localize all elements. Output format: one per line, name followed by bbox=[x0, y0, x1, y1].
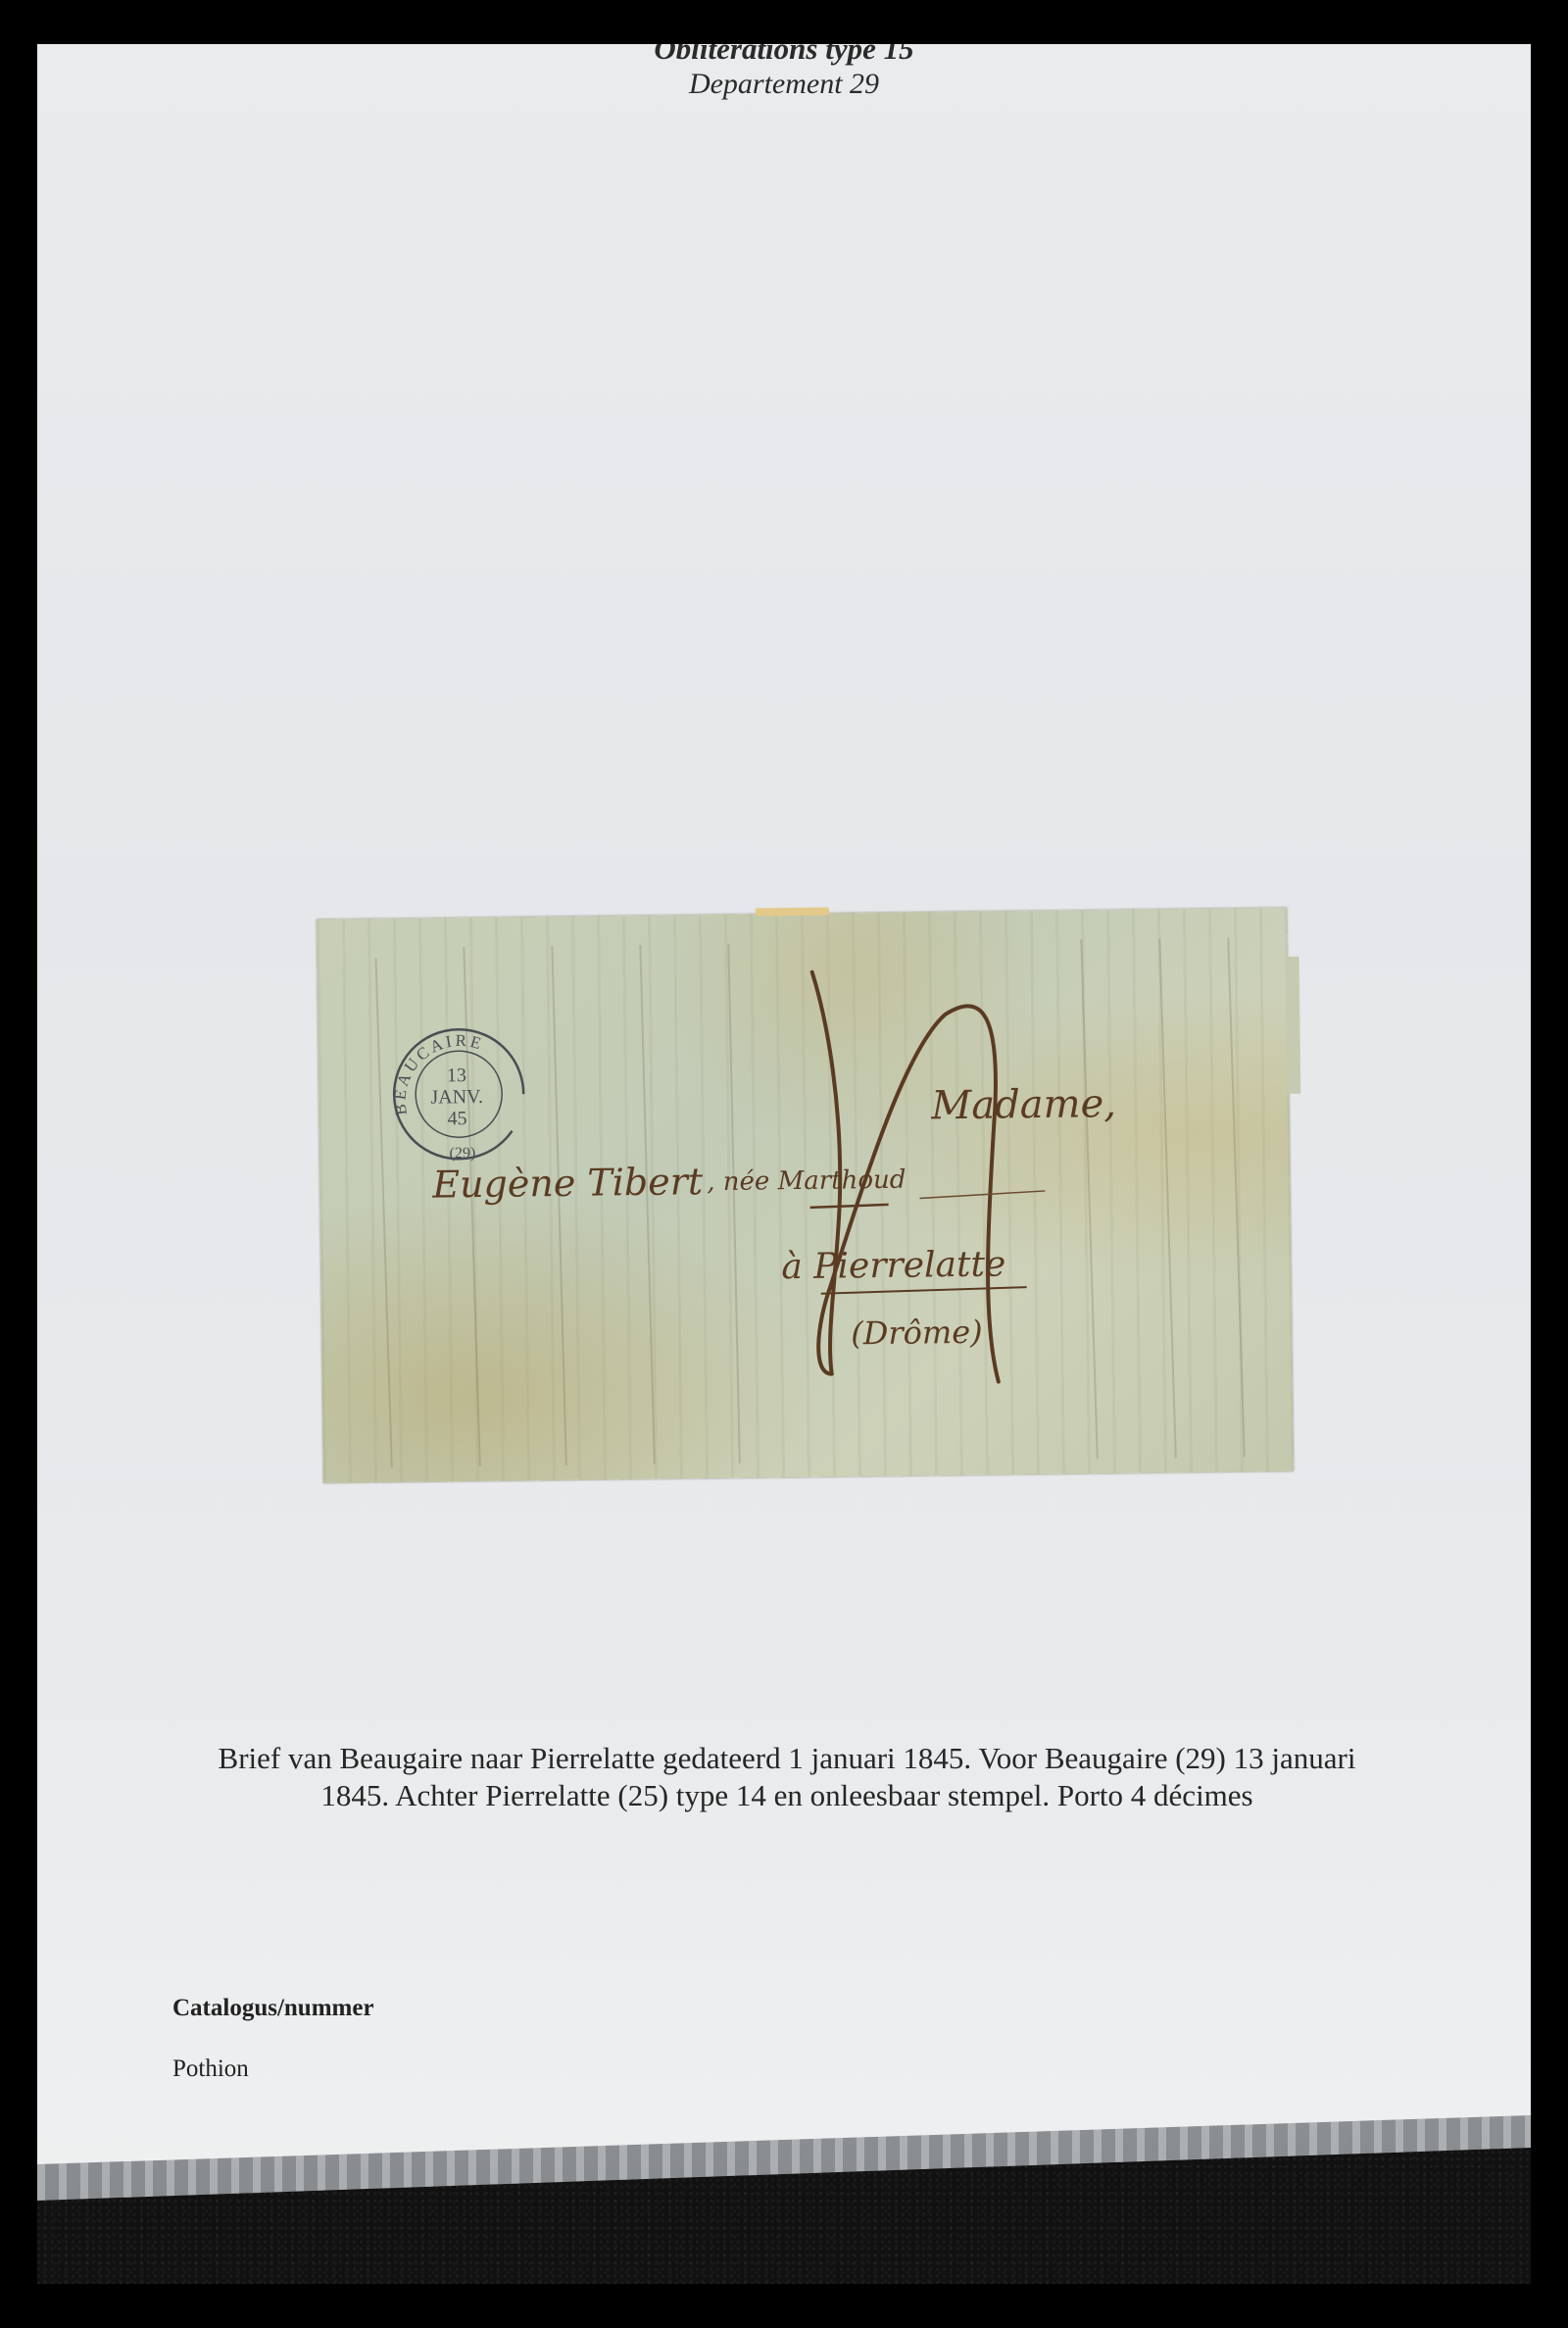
address-city: à Pierrelatte bbox=[781, 1244, 1005, 1287]
address-recipient-name: Eugène Tibert bbox=[432, 1160, 703, 1206]
page-subtitle: Departement 29 bbox=[37, 68, 1531, 101]
postmark-day: 13 bbox=[447, 1065, 466, 1086]
photo-frame: Obliterations type 15 Departement 29 bbox=[37, 44, 1531, 2284]
page-title: Obliterations type 15 bbox=[37, 44, 1531, 66]
catalog-value: Pothion bbox=[172, 2056, 249, 2083]
catalog-label: Catalogus/nummer bbox=[172, 1995, 374, 2022]
postal-letter: BEAUCAIRE 13 JANV. 45 (29) Madame, Eugèn… bbox=[317, 908, 1294, 1483]
description-line-2: 1845. Achter Pierrelatte (25) type 14 en… bbox=[155, 1777, 1419, 1814]
description-line-1: Brief van Beaugaire naar Pierrelatte ged… bbox=[155, 1740, 1419, 1777]
album-page: Obliterations type 15 Departement 29 bbox=[37, 44, 1531, 2201]
beaucaire-postmark-icon: BEAUCAIRE 13 JANV. 45 (29) bbox=[384, 1019, 533, 1168]
postmark-department: (29) bbox=[449, 1145, 475, 1162]
address-recipient-maiden-name: , née Marthoud bbox=[707, 1165, 906, 1197]
postmark-month: JANV. bbox=[430, 1086, 483, 1109]
letter-description: Brief van Beaugaire naar Pierrelatte ged… bbox=[155, 1740, 1419, 1814]
address-department: (Drôme) bbox=[851, 1313, 983, 1353]
postmark-year: 45 bbox=[447, 1108, 466, 1129]
address-salutation: Madame, bbox=[931, 1081, 1116, 1128]
